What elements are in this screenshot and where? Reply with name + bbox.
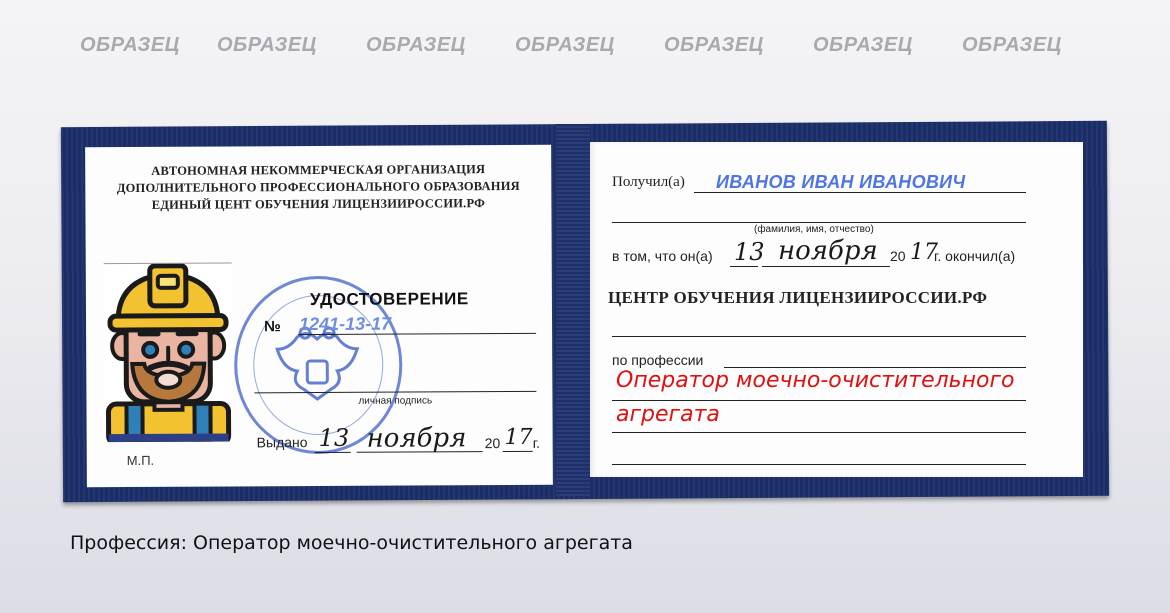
stamp-place-label: М.П. <box>127 453 154 468</box>
watermark-text: ОБРАЗЕЦ <box>813 34 913 57</box>
issued-day: 13 <box>319 424 350 452</box>
watermark-text: ОБРАЗЕЦ <box>217 34 317 57</box>
completed-month-line <box>762 266 890 267</box>
profession-value-line2: агрегата <box>616 402 720 427</box>
name-line <box>694 192 1026 193</box>
certificate-spine <box>556 124 590 496</box>
issued-year-prefix: 20 <box>485 435 501 451</box>
issued-month: ноября <box>367 423 467 454</box>
profession-value-line1: Оператор моечно-очистительного <box>616 368 1015 393</box>
organization-header: АВТОНОМНАЯ НЕКОММЕРЧЕСКАЯ ОРГАНИЗАЦИЯ ДО… <box>85 161 551 214</box>
watermark-text: ОБРАЗЕЦ <box>515 34 615 57</box>
profession-label: по профессии <box>612 352 703 368</box>
certificate-left-page: АВТОНОМНАЯ НЕКОММЕРЧЕСКАЯ ОРГАНИЗАЦИЯ ДО… <box>85 145 553 487</box>
issued-year: 17 <box>505 425 533 450</box>
profession-line-3 <box>612 432 1026 433</box>
construction-worker-icon <box>104 263 233 442</box>
watermark-text: ОБРАЗЕЦ <box>664 34 764 57</box>
watermark-row: ОБРАЗЕЦ ОБРАЗЕЦ ОБРАЗЕЦ ОБРАЗЕЦ ОБРАЗЕЦ … <box>0 34 1170 64</box>
completed-day: 13 <box>734 238 765 266</box>
watermark-text: ОБРАЗЕЦ <box>366 34 466 57</box>
certificate-right-page: Получил(а) ИВАНОВ ИВАН ИВАНОВИЧ (фамилия… <box>590 142 1083 477</box>
received-label: Получил(а) <box>612 174 685 191</box>
center-line <box>612 336 1026 337</box>
fio-hint: (фамилия, имя, отчество) <box>754 224 874 235</box>
completed-suffix: г. окончил(а) <box>934 248 1015 264</box>
year-line <box>503 451 533 452</box>
number-label: № <box>264 318 281 335</box>
number-line <box>298 333 536 335</box>
watermark-text: ОБРАЗЕЦ <box>80 34 180 57</box>
completed-prefix: в том, что он(а) <box>612 248 713 264</box>
name-line-2 <box>612 222 1026 223</box>
watermark-text: ОБРАЗЕЦ <box>962 34 1062 57</box>
certificate-number: 1241-13-17 <box>299 314 391 335</box>
signature-label: личная подпись <box>358 395 432 406</box>
completed-month: ноября <box>778 236 878 266</box>
training-center-name: ЦЕНТР ОБУЧЕНИЯ ЛИЦЕНЗИИРОССИИ.РФ <box>608 288 987 308</box>
completed-day-line <box>730 266 758 267</box>
completed-year-prefix: 20 <box>890 248 906 264</box>
org-line: ЕДИНЫЙ ЦЕНТ ОБУЧЕНИЯ ЛИЦЕНЗИИРОССИИ.РФ <box>85 195 551 214</box>
issued-label: Выдано <box>257 434 308 450</box>
document-title: УДОСТОВЕРЕНИЕ <box>310 289 469 310</box>
day-line <box>315 452 351 453</box>
profession-line-2 <box>612 400 1026 401</box>
profession-line-4 <box>612 464 1026 465</box>
profession-caption: Профессия: Оператор моечно-очистительног… <box>70 532 633 554</box>
holder-full-name: ИВАНОВ ИВАН ИВАНОВИЧ <box>716 172 965 193</box>
holder-photo <box>104 262 233 442</box>
year-suffix: г. <box>533 435 540 451</box>
